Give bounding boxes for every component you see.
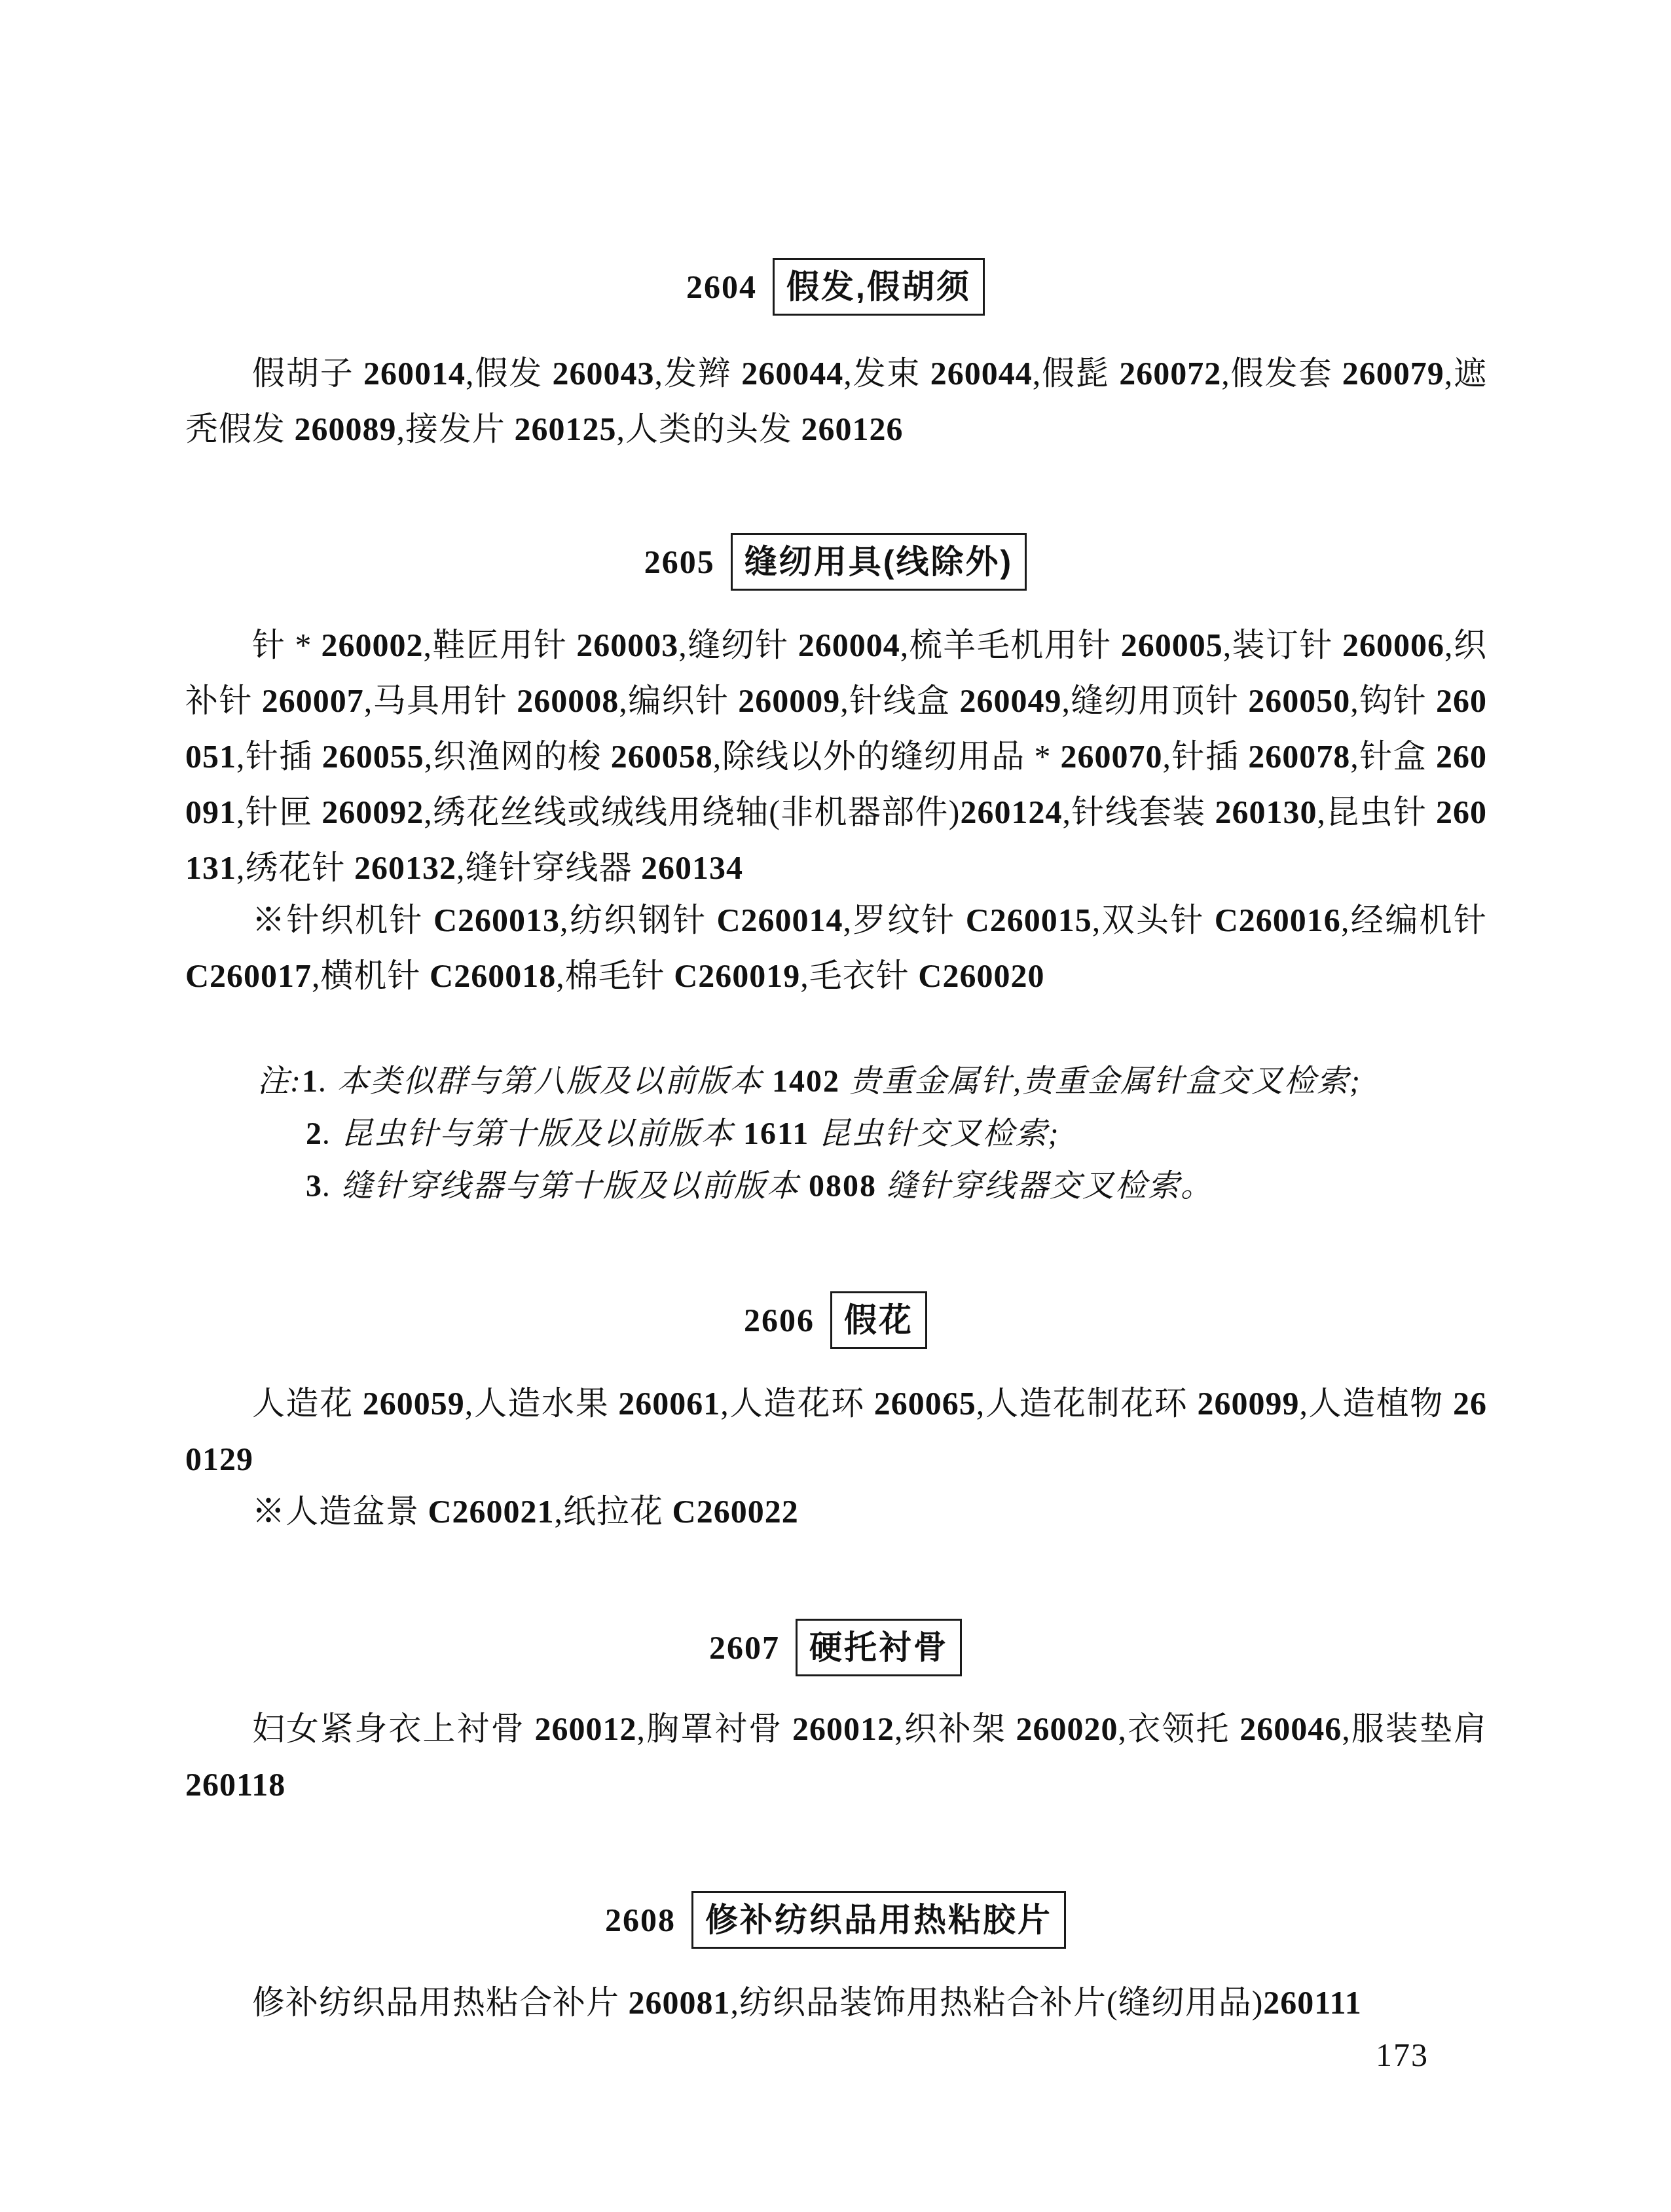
section-title: 假花 [844,1302,913,1338]
section-2605-note-1: 注:1. 本类似群与第八版及以前版本 1402 贵重金属针,贵重金属针盒交叉检索… [185,1056,1559,1108]
section-title-box: 修补纺织品用热粘胶片 [691,1891,1066,1949]
section-title-box: 假发,假胡须 [773,258,985,316]
section-2605-note-2: 2. 昆虫针与第十版及以前版本 1611 昆虫针交叉检索; [185,1108,1607,1160]
section-code: 2607 [709,1627,780,1668]
section-code: 2604 [686,266,757,308]
section-title: 缝纫用具(线除外) [744,544,1013,580]
section-2608-heading: 2608 修补纺织品用热粘胶片 [0,1891,1671,1949]
section-2605-paragraph: 针 * 260002,鞋匠用针 260003,缝纫针 260004,梳羊毛机用针… [185,618,1487,896]
section-2608-paragraph: 修补纺织品用热粘合补片 260081,纺织品装饰用热粘合补片(缝纫用品)2601… [185,1975,1487,2031]
section-2604-paragraph: 假胡子 260014,假发 260043,发辫 260044,发束 260044… [185,346,1487,457]
section-2606-c-items-paragraph: ※人造盆景 C260021,纸拉花 C260022 [185,1484,1487,1539]
section-2606-heading: 2606 假花 [0,1291,1671,1349]
section-title-box: 假花 [830,1291,927,1349]
section-2606-paragraph: 人造花 260059,人造水果 260061,人造花环 260065,人造花制花… [185,1376,1487,1487]
section-code: 2605 [644,541,715,583]
section-2605-note-3: 3. 缝针穿线器与第十版及以前版本 0808 缝针穿线器交叉检索。 [185,1160,1607,1213]
section-2605-heading: 2605 缝纫用具(线除外) [0,533,1671,591]
section-code: 2608 [605,1899,676,1941]
section-title: 修补纺织品用热粘胶片 [705,1902,1052,1938]
section-2607-paragraph: 妇女紧身衣上衬骨 260012,胸罩衬骨 260012,织补架 260020,衣… [185,1701,1487,1813]
document-page: 2604 假发,假胡须 假胡子 260014,假发 260043,发辫 2600… [0,0,1671,2212]
section-2607-heading: 2607 硬托衬骨 [0,1619,1671,1676]
section-2605-c-items-paragraph: ※针织机针 C260013,纺织钢针 C260014,罗纹针 C260015,双… [185,893,1487,1004]
page-number: 173 [1376,2035,1429,2074]
section-2604-heading: 2604 假发,假胡须 [0,258,1671,316]
section-title-box: 缝纫用具(线除外) [731,533,1027,591]
section-title-box: 硬托衬骨 [796,1619,962,1676]
section-code: 2606 [744,1299,815,1341]
section-title: 假发,假胡须 [786,268,971,305]
section-title: 硬托衬骨 [809,1629,948,1666]
